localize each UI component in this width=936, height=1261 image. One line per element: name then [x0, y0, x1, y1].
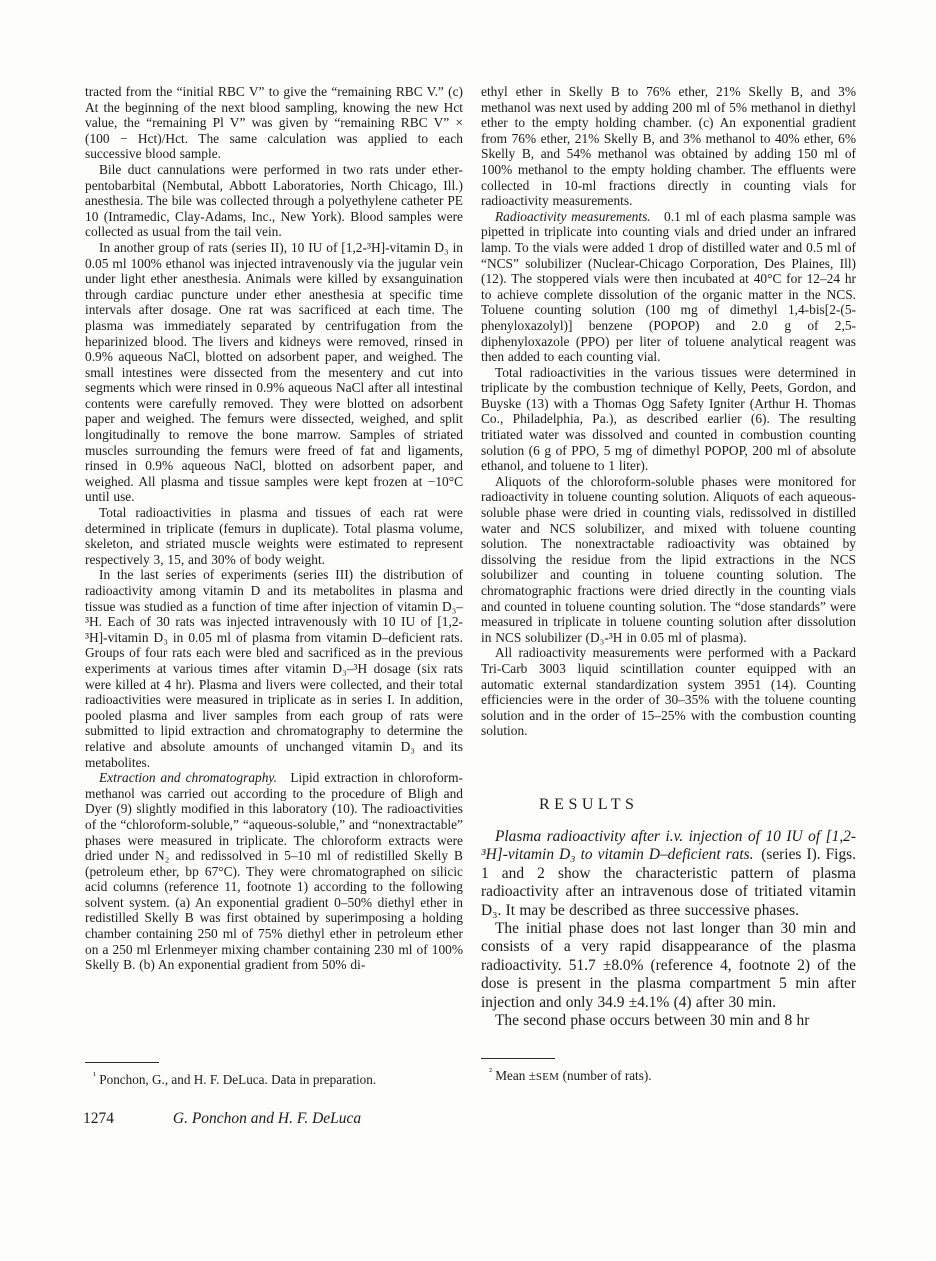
paragraph-lead-italic: Extraction and chromatography.: [99, 770, 277, 785]
footnote-divider: [85, 1062, 159, 1063]
paragraph: Total radioactivities in the various tis…: [481, 365, 856, 474]
paragraph-text: Bile duct cannulations were performed in…: [85, 162, 463, 239]
results-heading: RESULTS: [539, 796, 856, 814]
paragraph: In the last series of experiments (serie…: [85, 567, 463, 770]
paragraph: Total radioactivities in plasma and tiss…: [85, 505, 463, 567]
page-number: 1274: [83, 1110, 127, 1128]
footnote-text: ¹ Ponchon, G., and H. F. DeLuca. Data in…: [85, 1072, 463, 1088]
footnote-marker: ²: [489, 1067, 492, 1078]
paragraph-text: 0.1 ml of each plasma sample was pipette…: [481, 209, 856, 364]
page-footer: 1274 G. Ponchon and H. F. DeLuca: [83, 1110, 783, 1128]
left-column: tracted from the “initial RBC V” to give…: [85, 84, 463, 973]
paragraph: In another group of rats (series II), 10…: [85, 240, 463, 505]
footnote-marker: ¹: [93, 1071, 96, 1082]
paragraph: Aliquots of the chloroform-soluble phase…: [481, 474, 856, 646]
paragraph-text: tracted from the “initial RBC V” to give…: [85, 84, 463, 161]
paragraph: Extraction and chromatography. Lipid ext…: [85, 770, 463, 973]
paragraph-text: Aliquots of the chloroform-soluble phase…: [481, 474, 856, 645]
running-title: G. Ponchon and H. F. DeLuca: [173, 1110, 361, 1127]
footnote-divider: [481, 1058, 555, 1059]
footnote-1: ¹ Ponchon, G., and H. F. DeLuca. Data in…: [85, 1062, 463, 1088]
paragraph-text: Total radioactivities in the various tis…: [481, 365, 856, 474]
footnote-text: ² Mean ±SEM (number of rats).: [481, 1068, 856, 1085]
right-column-methods: ethyl ether in Skelly B to 76% ether, 21…: [481, 84, 856, 739]
paragraph-text: Lipid extraction in chloroform-methanol …: [85, 770, 463, 972]
paragraph: Bile duct cannulations were performed in…: [85, 162, 463, 240]
paragraph: The second phase occurs between 30 min a…: [481, 1012, 856, 1030]
paragraph-text: Total radioactivities in plasma and tiss…: [85, 505, 463, 567]
paragraph: tracted from the “initial RBC V” to give…: [85, 84, 463, 162]
paragraph-text: All radioactivity measurements were perf…: [481, 645, 856, 738]
paragraph: Radioactivity measurements. 0.1 ml of ea…: [481, 209, 856, 365]
journal-page: tracted from the “initial RBC V” to give…: [0, 0, 936, 1261]
paragraph: The initial phase does not last longer t…: [481, 920, 856, 1012]
paragraph-lead-italic: Radioactivity measurements.: [495, 209, 651, 224]
paragraph-text: ethyl ether in Skelly B to 76% ether, 21…: [481, 84, 856, 208]
paragraph-text: The initial phase does not last longer t…: [481, 920, 856, 1011]
footnote-2: ² Mean ±SEM (number of rats).: [481, 1058, 856, 1085]
right-column-results: RESULTS Plasma radioactivity after i.v. …: [481, 796, 856, 1030]
paragraph-text: In the last series of experiments (serie…: [85, 567, 463, 769]
paragraph: Plasma radioactivity after i.v. injectio…: [481, 828, 856, 920]
paragraph-text: The second phase occurs between 30 min a…: [495, 1012, 809, 1029]
paragraph: All radioactivity measurements were perf…: [481, 645, 856, 739]
paragraph-text: In another group of rats (series II), 10…: [85, 240, 463, 505]
sem-smallcaps: SEM: [536, 1071, 559, 1083]
paragraph: ethyl ether in Skelly B to 76% ether, 21…: [481, 84, 856, 209]
